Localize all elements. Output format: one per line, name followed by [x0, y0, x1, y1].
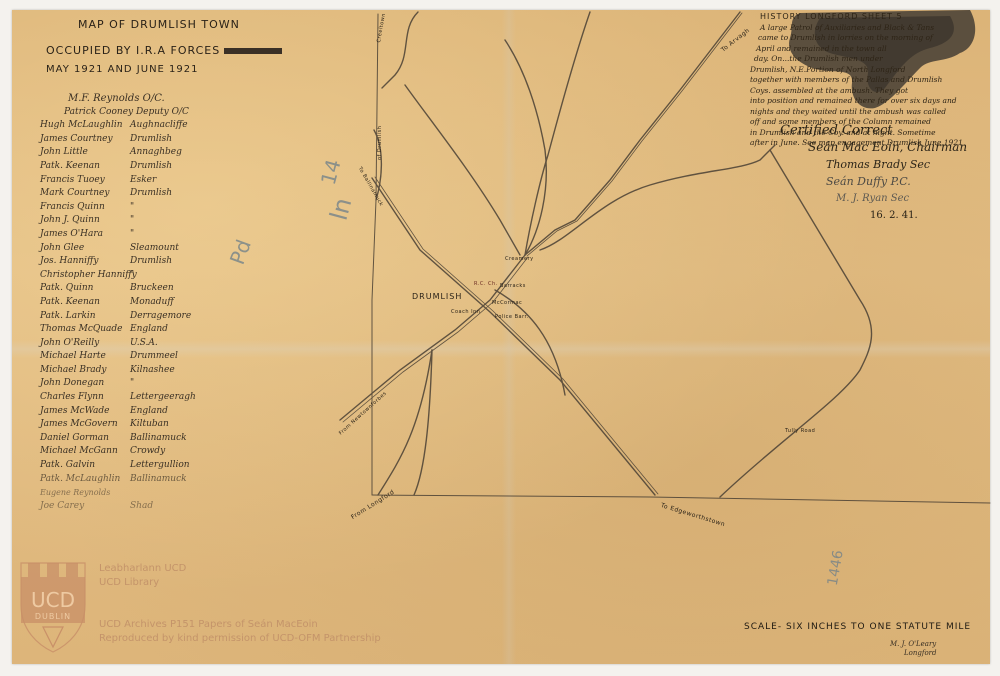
roster-row: Charles FlynnLettergeeragh: [40, 391, 240, 405]
roster-row: John Donegan": [40, 377, 240, 391]
roster-place: Aughnacliffe: [130, 119, 188, 133]
volunteer-roster: M.F. Reynolds O/C. Patrick Cooney Deputy…: [40, 92, 240, 513]
cert-signature: Thomas Brady Sec: [780, 156, 967, 173]
history-heading: HISTORY LONGFORD SHEET 5: [750, 12, 990, 23]
watermark-line: Leabharlann UCD: [99, 562, 186, 576]
roster-name: James O'Hara: [40, 228, 130, 242]
roster-name: Patk. Larkin: [40, 310, 130, 324]
roster-name: Michael Brady: [40, 364, 130, 378]
roster-row: James O'Hara": [40, 228, 240, 242]
roster-name: Francis Tuoey: [40, 174, 130, 188]
roster-place: England: [130, 405, 168, 419]
roster-row: John LittleAnnaghbeg: [40, 146, 240, 160]
roster-name: John Donegan: [40, 377, 130, 391]
label-rc-church: R.C. Ch.: [474, 281, 498, 287]
roster-name: Joe Carey: [40, 500, 130, 514]
town-label: DRUMLISH: [412, 292, 462, 301]
history-line: Drumlish, N.E.Portion of North Longford: [750, 65, 990, 76]
roster-place: Kiltuban: [130, 418, 169, 432]
cert-line: Certified Correct: [780, 122, 967, 139]
roster-place: Drumlish: [130, 160, 172, 174]
watermark-line: UCD Archives P151 Papers of Seán MacEoin: [99, 618, 381, 632]
roster-place: ": [130, 228, 134, 242]
roster-row: Christopher Hanniffy": [40, 269, 240, 283]
roster-name: James McGovern: [40, 418, 130, 432]
history-line: nights and they waited until the ambush …: [750, 107, 990, 118]
history-line: A large Patrol of Auxiliaries and Black …: [750, 23, 990, 34]
roster-row: Patk. LarkinDerragemore: [40, 310, 240, 324]
cartographer-signature: M. J. O'Leary Longford: [890, 640, 936, 658]
roster-row: Patk. McLaughlinBallinamuck: [40, 473, 240, 487]
roster-place: ": [130, 377, 134, 391]
roster-place: Drumlish: [130, 133, 172, 147]
roster-row: Joe CareyShad: [40, 500, 240, 514]
signature-place: Longford: [890, 649, 936, 658]
roster-name: Thomas McQuade: [40, 323, 130, 337]
watermark-line: UCD Library: [99, 576, 186, 590]
history-line: together with members of the Pallas and …: [750, 75, 990, 86]
label-of-drumlish: of Drumlish: [377, 126, 383, 160]
map-title: MAP OF DRUMLISH TOWN: [78, 18, 240, 31]
subtitle-line-1: OCCUPIED BY I.R.A FORCES: [46, 44, 220, 57]
roster-place: Sleamount: [130, 242, 179, 256]
ucd-crest-icon: UCD DUBLIN: [18, 555, 88, 655]
history-line: came to Drumlish in lorries on the morni…: [750, 33, 990, 44]
roster-name: John J. Quinn: [40, 214, 130, 228]
roster-place: Esker: [130, 174, 156, 188]
label-barracks: Barracks: [500, 283, 526, 289]
roster-name: Jos. Hanniffy: [40, 255, 130, 269]
roster-row: Patk. KeenanDrumlish: [40, 160, 240, 174]
roster-name: John O'Reilly: [40, 337, 130, 351]
roster-row: James McGovernKiltuban: [40, 418, 240, 432]
roster-name: Eugene Reynolds: [40, 486, 130, 500]
cert-signature: Seán Duffy P.C.: [780, 173, 967, 190]
watermark-line: Reproduced by kind permission of UCD-OFM…: [99, 632, 381, 646]
roster-name: Daniel Gorman: [40, 432, 130, 446]
roster-row: Michael McGannCrowdy: [40, 445, 240, 459]
roster-name: James McWade: [40, 405, 130, 419]
map-date-line: MAY 1921 AND JUNE 1921: [46, 64, 199, 75]
roster-row: Michael BradyKilnashee: [40, 364, 240, 378]
roster-row: Francis Quinn": [40, 201, 240, 215]
roster-place: Drumlish: [130, 255, 172, 269]
roster-name: Hugh McLaughlin: [40, 119, 130, 133]
roster-row: Hugh McLaughlinAughnacliffe: [40, 119, 240, 133]
roster-place: Monaduff: [130, 296, 174, 310]
roster-name: Mark Courtney: [40, 187, 130, 201]
roster-place: U.S.A.: [130, 337, 158, 351]
roster-place: Drummeel: [130, 350, 178, 364]
roster-row: Michael HarteDrummeel: [40, 350, 240, 364]
roster-name: Patk. McLaughlin: [40, 473, 130, 487]
scale-note: SCALE- SIX INCHES TO ONE STATUTE MILE: [744, 622, 971, 632]
roster-name: Patk. Galvin: [40, 459, 130, 473]
history-line: April and remained in the town all: [750, 44, 990, 55]
roster-row: Mark CourtneyDrumlish: [40, 187, 240, 201]
cert-date: 16. 2. 41.: [780, 207, 967, 224]
history-line: day. On...the Drumlish men under: [750, 54, 990, 65]
roster-row: James McWadeEngland: [40, 405, 240, 419]
label-mccormac: McCormac: [492, 300, 522, 306]
strikethrough-mark: [224, 48, 282, 54]
roster-row: John O'ReillyU.S.A.: [40, 337, 240, 351]
roster-place: Derragemore: [130, 310, 191, 324]
roster-place: Lettergeeragh: [130, 391, 196, 405]
roster-place: Ballinamuck: [130, 473, 187, 487]
roster-row: Thomas McQuadeEngland: [40, 323, 240, 337]
signature-name: M. J. O'Leary: [890, 640, 936, 649]
roster-name: James Courtney: [40, 133, 130, 147]
roster-row: Patk. KeenanMonaduff: [40, 296, 240, 310]
roster-name: Charles Flynn: [40, 391, 130, 405]
roster-name: Christopher Hanniffy: [40, 269, 130, 283]
cert-signature: M. J. Ryan Sec: [780, 190, 967, 207]
roster-name: Patk. Quinn: [40, 282, 130, 296]
roster-row: Daniel GormanBallinamuck: [40, 432, 240, 446]
roster-place: Lettergullion: [130, 459, 190, 473]
roster-row: Eugene Reynolds: [40, 486, 240, 500]
roster-place: Annaghbeg: [130, 146, 182, 160]
history-line: Coys. assembled at the ambush. They got: [750, 86, 990, 97]
label-police-barr: Police Barr.: [495, 314, 529, 320]
roster-place: ": [130, 214, 134, 228]
roster-name: Patk. Keenan: [40, 296, 130, 310]
roster-name: Michael Harte: [40, 350, 130, 364]
watermark-library: Leabharlann UCD UCD Library: [99, 562, 186, 590]
roster-name: John Little: [40, 146, 130, 160]
logo-ucd-text: UCD: [31, 588, 75, 612]
roster-place: Ballinamuck: [130, 432, 187, 446]
roster-header-deputy: Patrick Cooney Deputy O/C: [40, 106, 240, 120]
roster-place: Bruckeen: [130, 282, 174, 296]
roster-row: Francis TuoeyEsker: [40, 174, 240, 188]
roster-place: Crowdy: [130, 445, 165, 459]
roster-name: John Glee: [40, 242, 130, 256]
certification-block: Certified Correct Seán Mac Eoin, Chairma…: [780, 122, 967, 224]
roster-row: Patk. QuinnBruckeen: [40, 282, 240, 296]
roster-place: England: [130, 323, 168, 337]
roster-row: James CourtneyDrumlish: [40, 133, 240, 147]
roster-name: Michael McGann: [40, 445, 130, 459]
label-coach-inn: Coach Inn: [451, 309, 480, 315]
label-creamery: Creamery: [505, 256, 534, 262]
roster-place: Kilnashee: [130, 364, 175, 378]
roster-place: ": [130, 201, 134, 215]
map-subtitle: OCCUPIED BY I.R.A FORCES: [46, 44, 282, 57]
roster-header-oc: M.F. Reynolds O/C.: [40, 92, 240, 106]
roster-name: Patk. Keenan: [40, 160, 130, 174]
logo-dublin-text: DUBLIN: [35, 612, 71, 621]
roster-row: John J. Quinn": [40, 214, 240, 228]
roster-name: Francis Quinn: [40, 201, 130, 215]
label-tully-road: Tully Road: [785, 428, 815, 434]
roster-place: ": [130, 269, 134, 283]
watermark-credit: UCD Archives P151 Papers of Seán MacEoin…: [99, 618, 381, 646]
roster-row: John GleeSleamount: [40, 242, 240, 256]
roster-place: Drumlish: [130, 187, 172, 201]
roster-place: Shad: [130, 500, 153, 514]
history-line: into position and remained there for ove…: [750, 96, 990, 107]
cert-signature: Seán Mac Eoin, Chairman: [780, 139, 967, 156]
roster-row: Patk. GalvinLettergullion: [40, 459, 240, 473]
roster-row: Jos. HanniffyDrumlish: [40, 255, 240, 269]
